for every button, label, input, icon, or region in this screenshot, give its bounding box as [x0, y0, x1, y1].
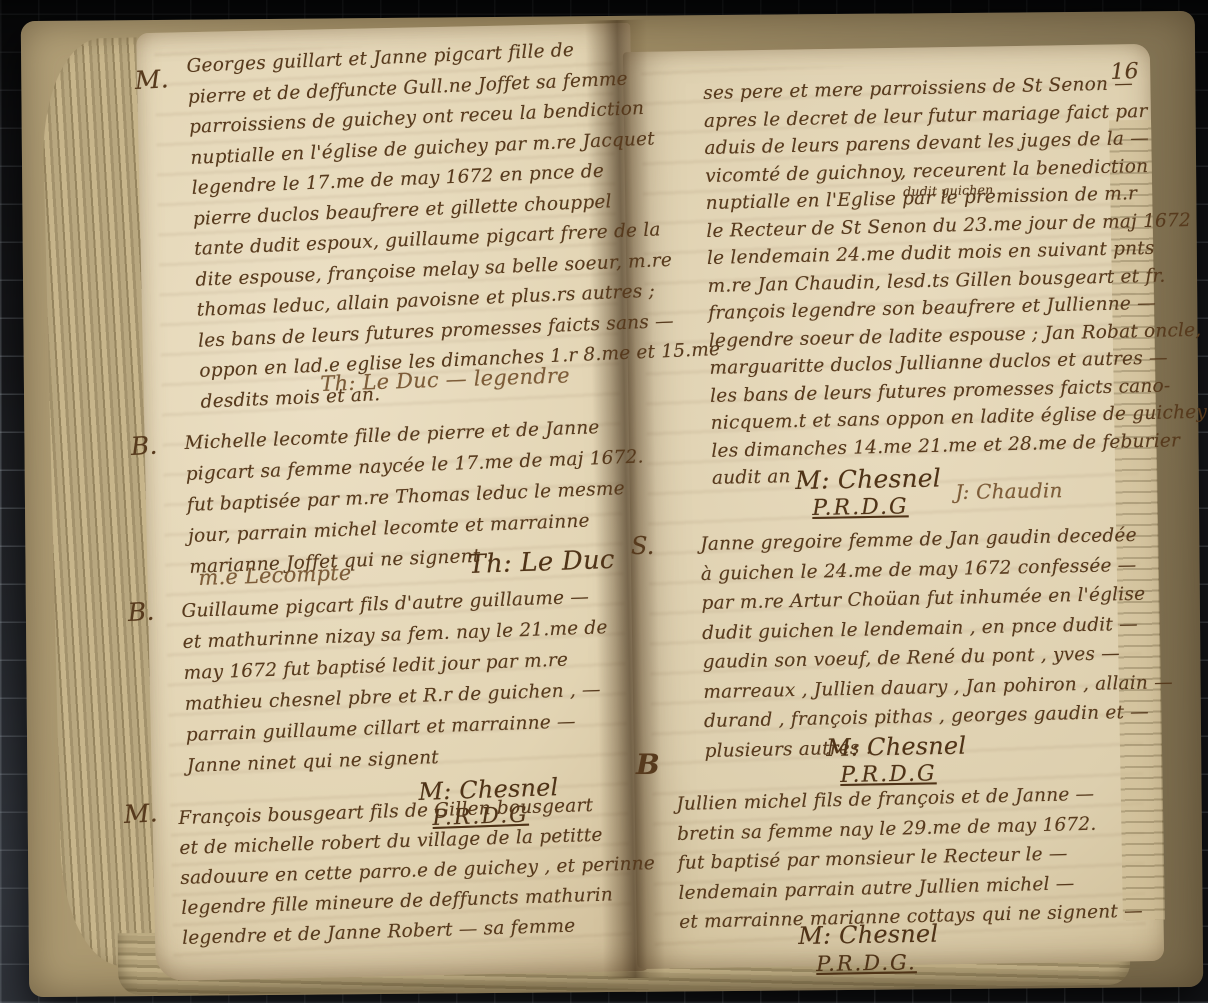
signature-chesnel-title-4: P.R.D.G. — [816, 950, 917, 976]
signature-chesnel-4: M: Chesnel — [798, 920, 938, 950]
marriage-entry-continuation: ses pere et mere parroissiens de St Seno… — [703, 69, 1208, 493]
margin-letter-baptism-1: B. — [130, 431, 158, 461]
margin-letter-marriage-2: M. — [123, 798, 158, 829]
signature-chesnel-2: M: Chesnel — [795, 463, 941, 495]
interline-addition: dudit guichen — [903, 182, 994, 199]
marriage-entry-guillart-pigcart: Georges guillart et Janne pigcart fille … — [186, 30, 722, 418]
manuscript-photo: M. Georges guillart et Janne pigcart fil… — [0, 0, 1208, 1003]
marriage-entry-bousgeart-legendre: François bousgeart fils de Gillen bousge… — [178, 789, 657, 954]
signature-chesnel-title-2: P.R.D.G — [812, 494, 909, 521]
margin-letter-burial: S. — [631, 532, 655, 560]
signature-leduc: Th: Le Duc — [468, 545, 615, 580]
baptism-entry-guillaume-pigcart: Guillaume pigcart fils d'autre guillaume… — [181, 581, 612, 782]
signature-chesnel-3: M: Chesnel — [826, 732, 966, 762]
burial-entry-janne-gregoire: Janne gregoire femme de Jan gaudin deced… — [700, 520, 1174, 766]
baptism-entry-jullien-michel: Jullien michel fils de françois et de Ja… — [676, 779, 1143, 938]
margin-letter-marriage-1: M. — [134, 64, 169, 95]
margin-letter-baptism-2: B. — [127, 597, 155, 627]
signature-chaudin: J: Chaudin — [955, 478, 1063, 504]
margin-letter-baptism-3: B — [636, 748, 660, 781]
